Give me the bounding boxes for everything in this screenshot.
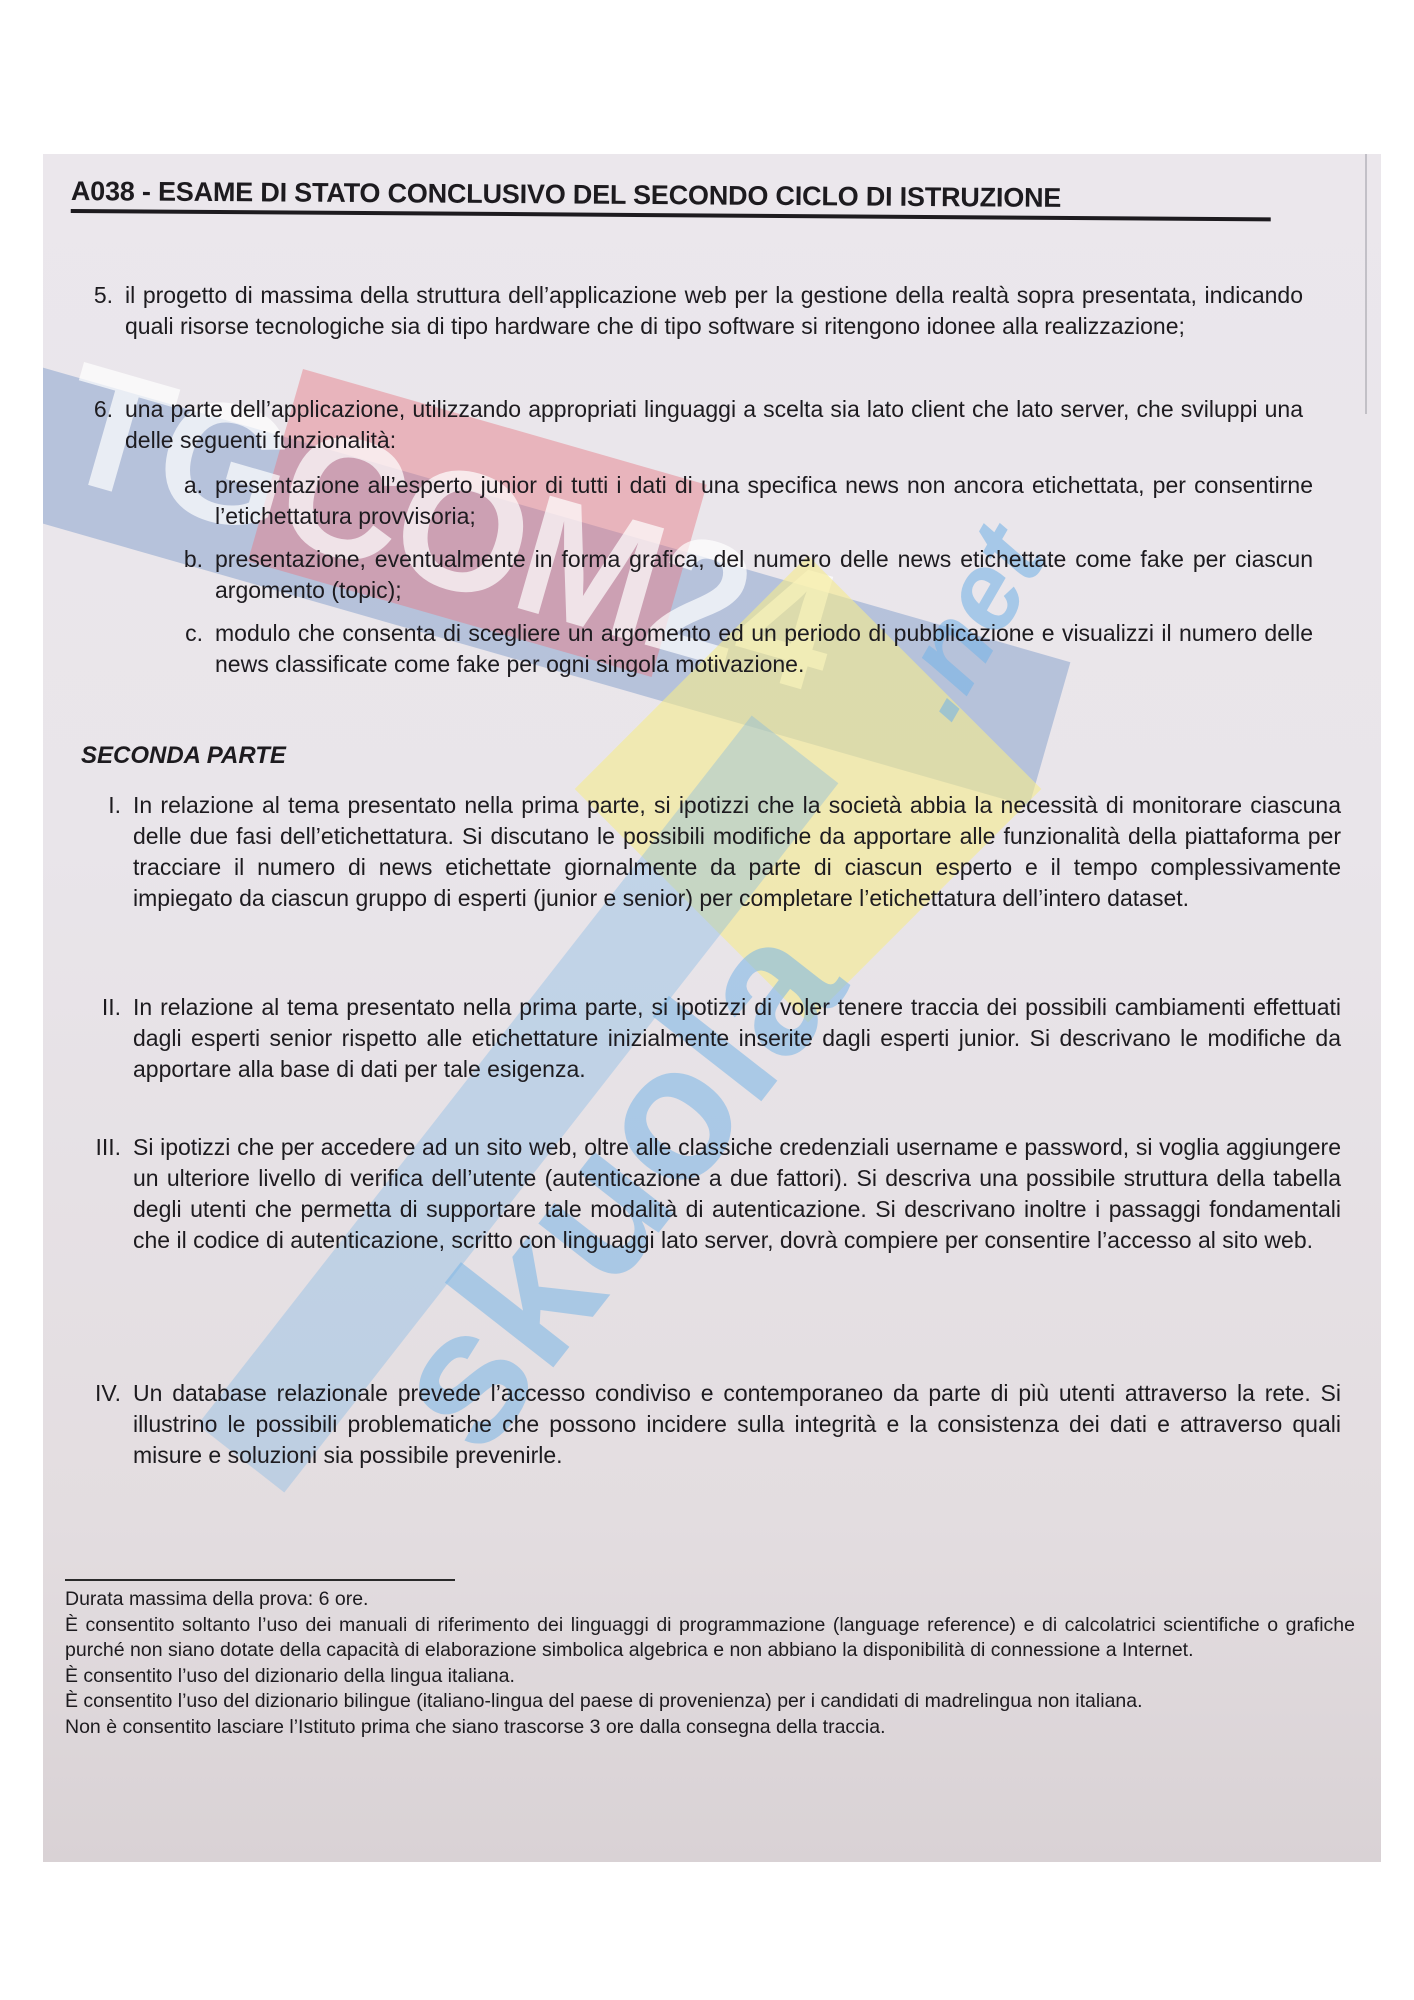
question-II: II. In relazione al tema presentato nell… xyxy=(71,992,1341,1085)
task-item-5: 5. il progetto di massima della struttur… xyxy=(83,280,1303,342)
question-marker: I. xyxy=(71,790,133,914)
item-text: una parte dell’applicazione, utilizzando… xyxy=(125,394,1303,456)
question-text: Si ipotizzi che per accedere ad un sito … xyxy=(133,1132,1341,1256)
question-text: Un database relazionale prevede l’access… xyxy=(133,1378,1341,1471)
task-item-6: 6. una parte dell’applicazione, utilizza… xyxy=(83,394,1303,456)
question-text: In relazione al tema presentato nella pr… xyxy=(133,992,1341,1085)
task-subitem-b: b. presentazione, eventualmente in forma… xyxy=(173,544,1313,606)
subitem-text: presentazione all’esperto junior di tutt… xyxy=(215,470,1313,532)
subitem-text: modulo che consenta di scegliere un argo… xyxy=(215,618,1313,680)
question-text: In relazione al tema presentato nella pr… xyxy=(133,790,1341,914)
subitem-marker: c. xyxy=(173,618,215,680)
footnote-allowed-manuals: È consentito soltanto l’uso dei manuali … xyxy=(65,1613,1355,1664)
question-marker: IV. xyxy=(71,1378,133,1471)
item-marker: 6. xyxy=(83,394,125,456)
question-marker: II. xyxy=(71,992,133,1085)
footnote-italian-dictionary: È consentito l’uso del dizionario della … xyxy=(65,1664,1355,1690)
section-heading-seconda-parte: SECONDA PARTE xyxy=(81,742,286,770)
subitem-text: presentazione, eventualmente in forma gr… xyxy=(215,544,1313,606)
exam-rules-footnotes: Durata massima della prova: 6 ore. È con… xyxy=(65,1587,1355,1740)
exam-paper-photo: TGCOM24 skuola .net A038 - ESAME DI STAT… xyxy=(43,154,1381,1862)
question-marker: III. xyxy=(71,1132,133,1256)
question-III: III. Si ipotizzi che per accedere ad un … xyxy=(71,1132,1341,1256)
question-I: I. In relazione al tema presentato nella… xyxy=(71,790,1341,914)
exam-content: A038 - ESAME DI STATO CONCLUSIVO DEL SEC… xyxy=(43,154,1381,1862)
task-subitem-a: a. presentazione all’esperto junior di t… xyxy=(173,470,1313,532)
question-IV: IV. Un database relazionale prevede l’ac… xyxy=(71,1378,1341,1471)
subitem-marker: a. xyxy=(173,470,215,532)
footnote-leave-rule: Non è consentito lasciare l’Istituto pri… xyxy=(65,1715,1355,1741)
item-text: il progetto di massima della struttura d… xyxy=(125,280,1303,342)
footnote-duration: Durata massima della prova: 6 ore. xyxy=(65,1587,1355,1613)
footnote-divider xyxy=(65,1579,455,1581)
task-subitem-c: c. modulo che consenta di scegliere un a… xyxy=(173,618,1313,680)
item-marker: 5. xyxy=(83,280,125,342)
subitem-marker: b. xyxy=(173,544,215,606)
footnote-bilingual-dictionary: È consentito l’uso del dizionario biling… xyxy=(65,1689,1355,1715)
exam-title: A038 - ESAME DI STATO CONCLUSIVO DEL SEC… xyxy=(71,176,1271,221)
